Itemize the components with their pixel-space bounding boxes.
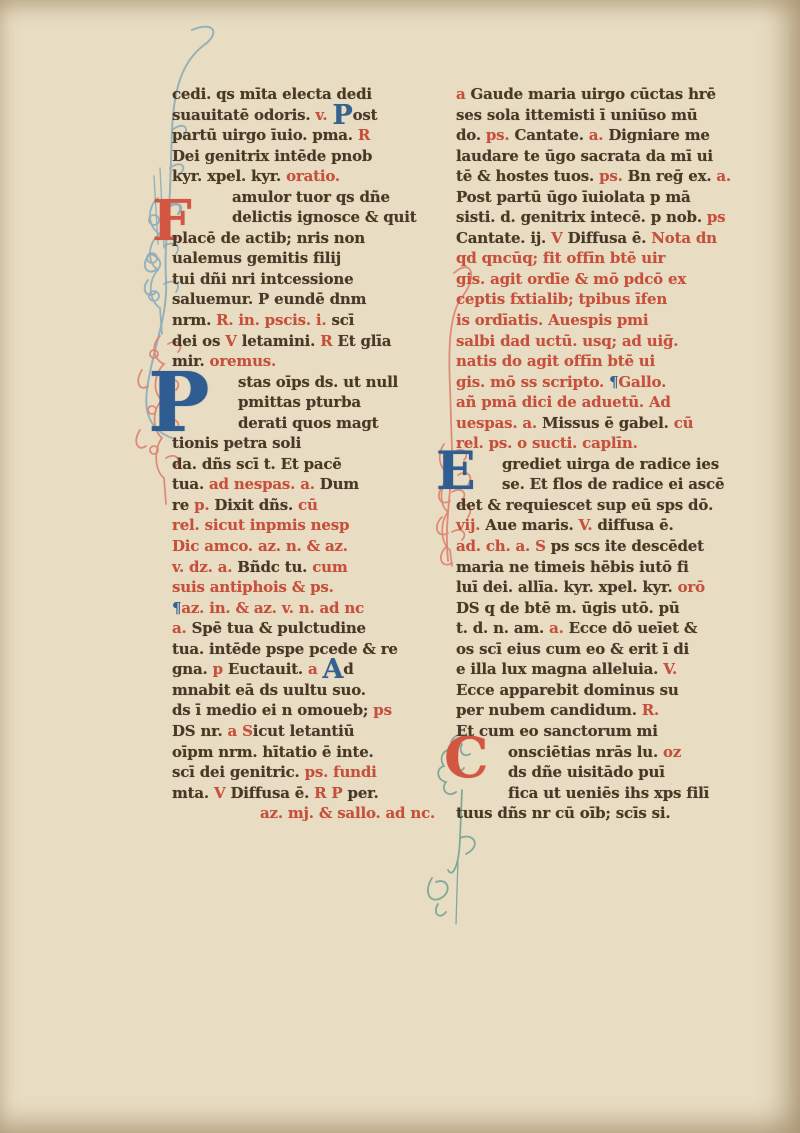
manuscript-text-line: dei os V letamini. R Et glīa bbox=[172, 331, 442, 352]
manuscript-text-line: ualemus gemitis filij bbox=[172, 248, 442, 269]
manuscript-text-line: ses sola ittemisti ī uniūso mū bbox=[456, 105, 732, 126]
manuscript-text-line: derati quos magt bbox=[172, 413, 442, 434]
manuscript-text-line: tionis petra soli bbox=[172, 433, 442, 454]
manuscript-text-line: DS nr. a Sicut letantiū bbox=[172, 721, 442, 742]
manuscript-text-line: gis. mō ss scripto. ¶Gallo. bbox=[456, 372, 732, 393]
manuscript-text-line: DS q de btē m. ūgis utō. pū bbox=[456, 598, 732, 619]
manuscript-text-line: a. Spē tua & pulctudine bbox=[172, 618, 442, 639]
manuscript-text-line: pmittas pturba bbox=[172, 392, 442, 413]
manuscript-text-line: suauitatē odoris. v. Post bbox=[172, 105, 442, 126]
manuscript-text-line: amulor tuor qs dñe bbox=[172, 187, 442, 208]
manuscript-text-line: se. Et flos de radice ei ascē bbox=[456, 474, 732, 495]
manuscript-text-line: partū uirgo īuio. pma. R bbox=[172, 125, 442, 146]
manuscript-text-line: tuus dñs nr cū oīb; scīs si. bbox=[456, 803, 732, 824]
manuscript-text-line: stas oīps ds. ut null bbox=[172, 372, 442, 393]
manuscript-text-line: ceptis fxtialib; tpibus īfen bbox=[456, 289, 732, 310]
manuscript-text-line: natis do agit offīn btē ui bbox=[456, 351, 732, 372]
manuscript-text-line: v. dz. a. Bñdc tu. cum bbox=[172, 557, 442, 578]
left-text-column: cedi. qs mīta electa dedisuauitatē odori… bbox=[172, 84, 442, 824]
manuscript-text-line: placē de actib; nris non bbox=[172, 228, 442, 249]
manuscript-text-line: cedi. qs mīta electa dedi bbox=[172, 84, 442, 105]
manuscript-text-line: grediet uirga de radice ies bbox=[456, 454, 732, 475]
manuscript-text-line: nrm. R. in. pscis. i. scī bbox=[172, 310, 442, 331]
manuscript-text-line: tua. intēde pspe pcede & re bbox=[172, 639, 442, 660]
manuscript-text-line: mta. V Diffusa ē. R P per. bbox=[172, 783, 442, 804]
manuscript-text-line: tē & hostes tuos. ps. Bn reḡ ex. a. bbox=[456, 166, 732, 187]
manuscript-text-line: re p. Dixit dñs. cū bbox=[172, 495, 442, 516]
manuscript-text-line: mnabit eā ds uultu suo. bbox=[172, 680, 442, 701]
manuscript-text-line: per nubem candidum. R. bbox=[456, 700, 732, 721]
manuscript-text-line: uespas. a. Missus ē gabel. cū bbox=[456, 413, 732, 434]
manuscript-text-line: fica ut ueniēs ihs xps filī bbox=[456, 783, 732, 804]
manuscript-text-line: det & requiescet sup eū sps dō. bbox=[456, 495, 732, 516]
manuscript-text-line: Et cum eo sanctorum mi bbox=[456, 721, 732, 742]
manuscript-text-line: os scī eius cum eo & erit ī di bbox=[456, 639, 732, 660]
manuscript-text-line: onsciētias nrās lu. oz bbox=[456, 742, 732, 763]
manuscript-text-line: ¶az. in. & az. v. n. ad nc bbox=[172, 598, 442, 619]
manuscript-text-line: luī dei. allīa. kyr. xpel. kyr. orō bbox=[456, 577, 732, 598]
manuscript-photo: F P E C cedi. qs mīta electa dedisuauita… bbox=[0, 0, 800, 1133]
manuscript-text-line: Cantate. ij. V Diffusa ē. Nota dn bbox=[456, 228, 732, 249]
manuscript-text-line: mir. oremus. bbox=[172, 351, 442, 372]
manuscript-text-line: Post partū ūgo īuiolata p mā bbox=[456, 187, 732, 208]
manuscript-text-line: kyr. xpel. kyr. oratio. bbox=[172, 166, 442, 187]
manuscript-text-line: ds ī medio ei n omoueb; ps bbox=[172, 700, 442, 721]
manuscript-text-line: Dei genitrix intēde pnob bbox=[172, 146, 442, 167]
manuscript-text-line: Dic amco. az. n. & az. bbox=[172, 536, 442, 557]
manuscript-text-line: maria ne timeis hēbis iutō fi bbox=[456, 557, 732, 578]
manuscript-text-line: saluemur. P eundē dnm bbox=[172, 289, 442, 310]
manuscript-text-line: tua. ad nespas. a. Dum bbox=[172, 474, 442, 495]
manuscript-text-line: a Gaude maria uirgo cūctas hrē bbox=[456, 84, 732, 105]
manuscript-text-line: añ pmā dici de aduetū. Ad bbox=[456, 392, 732, 413]
right-text-column: a Gaude maria uirgo cūctas hrēses sola i… bbox=[456, 84, 732, 824]
manuscript-text-line: delictis ignosce & quit bbox=[172, 207, 442, 228]
manuscript-text-line: Ecce apparebit dominus su bbox=[456, 680, 732, 701]
manuscript-text-line: is ordīatis. Auespis pmi bbox=[456, 310, 732, 331]
manuscript-text-line: gna. p Euctauit. a Ad bbox=[172, 659, 442, 680]
manuscript-text-line: ds dñe uisitādo puī bbox=[456, 762, 732, 783]
manuscript-text-line: sisti. d. genitrix intecē. p nob. ps bbox=[456, 207, 732, 228]
manuscript-text-line: ad. ch. a. S ps scs ite descēdet bbox=[456, 536, 732, 557]
manuscript-text-line: rel. ps. o sucti. caplīn. bbox=[456, 433, 732, 454]
manuscript-text-line: salbi dad uctū. usq; ad uiḡ. bbox=[456, 331, 732, 352]
manuscript-text-line: az. mj. & sallo. ad nc. bbox=[172, 803, 442, 824]
manuscript-text-line: laudare te ūgo sacrata da mī ui bbox=[456, 146, 732, 167]
manuscript-text-line: suis antiphois & ps. bbox=[172, 577, 442, 598]
manuscript-text-line: t. d. n. am. a. Ecce dō ueīet & bbox=[456, 618, 732, 639]
manuscript-text-line: gis. agit ordīe & mō pdcō ex bbox=[456, 269, 732, 290]
manuscript-text-line: rel. sicut inpmis nesp bbox=[172, 515, 442, 536]
manuscript-text-line: scī dei genitric. ps. fundi bbox=[172, 762, 442, 783]
manuscript-text-line: oīpm nrm. hītatio ē inte. bbox=[172, 742, 442, 763]
manuscript-text-line: vij. Aue maris. V. diffusa ē. bbox=[456, 515, 732, 536]
manuscript-text-line: tui dñi nri intcessione bbox=[172, 269, 442, 290]
manuscript-text-line: e illa lux magna alleluia. V. bbox=[456, 659, 732, 680]
manuscript-text-line: do. ps. Cantate. a. Digniare me bbox=[456, 125, 732, 146]
manuscript-text-line: qd qncūq; fit offīn btē uir bbox=[456, 248, 732, 269]
manuscript-text-line: da. dñs scī t. Et pacē bbox=[172, 454, 442, 475]
